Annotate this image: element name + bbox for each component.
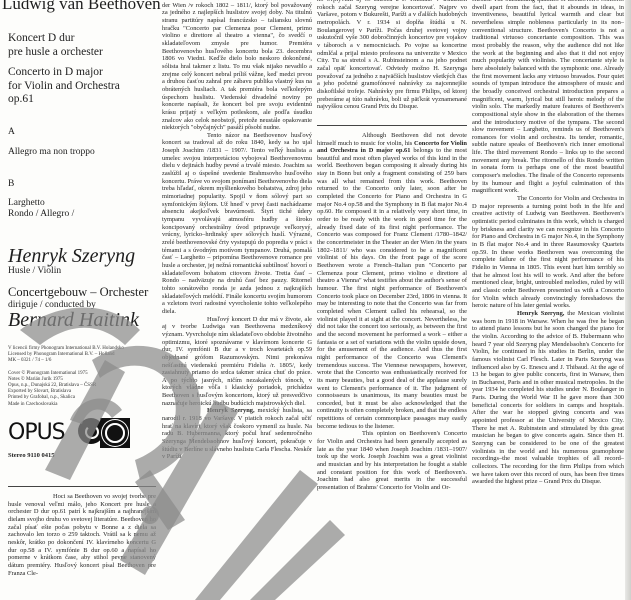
catalog-number: Stereo 9110 0415 — [8, 452, 54, 459]
title-slovak: Koncert D dur pre husle a orchester — [8, 32, 103, 59]
divider — [8, 486, 156, 487]
notes-paragraph: menta /1780 – 1842/, koncertného majstra… — [162, 0, 312, 132]
notes-paragraph-szeryng: Henryk Szeryng, mexický huslista, sa nar… — [162, 407, 312, 461]
title-slovak-line1: Koncert D dur — [8, 32, 103, 46]
opus-logo: OPUS — [8, 420, 65, 445]
notes-paragraph: This opinion on Beethoven's Concerto for… — [317, 430, 467, 491]
soloist-block: Henryk Szeryng Husle / Violin — [8, 246, 135, 276]
notes-paragraph: The Concerto for Violin and Orchestra in… — [472, 195, 624, 310]
notes-column-english: chestra. The outstanding qualities of Be… — [472, 0, 624, 486]
conductor-name: Bernard Haitink — [8, 310, 148, 330]
divider — [317, 125, 467, 126]
notes-paragraph: Tento názor na Beethovenov husľový konce… — [162, 132, 312, 316]
orchestra-name: Concertgebouw – Orchester — [8, 286, 148, 300]
composer-name: Ludwig van Beethoven — [2, 0, 161, 14]
title-english-line1: Concerto in D major — [8, 66, 120, 80]
spiral-square-logo-icon — [100, 418, 130, 448]
intro-text: belongs to the most beautiful and most o… — [317, 147, 467, 430]
credits-block: V licencii firmy Phonogram International… — [8, 346, 124, 408]
notes-paragraph: chestra. The outstanding qualities of Be… — [472, 0, 624, 195]
notes-slovak-intro: Hoci sa Beethoven vo svojej tvorbe pre h… — [8, 493, 156, 577]
notes-english-intro: Although Beethoven did not devote himsel… — [317, 132, 467, 431]
title-english-line2: for Violin and Orchestra — [8, 80, 120, 94]
title-english: Concerto in D major for Violin and Orche… — [8, 66, 120, 107]
notes-paragraph: Husľový koncert D dur má v živote, ale a… — [162, 316, 312, 408]
orchestra-block: Concertgebouw – Orchester diriguje / con… — [8, 286, 148, 330]
credit-line: Made in Czechoslovakia — [8, 402, 124, 408]
soloist-role: Husle / Violin — [8, 266, 135, 276]
notes-paragraph-szeryng: Henryk Szeryng, the Mexican violinist wa… — [472, 310, 624, 486]
page-edge-shadow — [625, 0, 631, 600]
conductor-role: diriguje / conducted by — [8, 300, 148, 310]
title-slovak-line2: pre husle a orchester — [8, 46, 103, 60]
side-b-label: B — [8, 178, 14, 192]
side-b-movement-1: Larghetto — [8, 198, 74, 209]
side-b-movements: Larghetto Rondo / Allegro / — [8, 198, 74, 220]
opus-number: op.61 — [8, 93, 120, 107]
szeryng-lead: Henryk Szeryng, — [517, 310, 564, 317]
notes-column-slovak: menta /1780 – 1842/, koncertného majstra… — [162, 0, 312, 461]
side-a-label: A — [8, 126, 15, 140]
side-b-movement-2: Rondo / Allegro / — [8, 209, 74, 220]
side-a-movement: Allegro ma non troppo — [8, 146, 95, 160]
notes-paragraph: ho ovplyvnili aj G. Enescu a J. Thibaud.… — [317, 0, 467, 111]
soloist-name: Henryk Szeryng — [8, 246, 135, 266]
szeryng-bio: mexický huslista, sa narodil r. 1918 vo … — [162, 407, 312, 460]
szeryng-lead: Henryk Szeryng, — [207, 407, 255, 414]
szeryng-bio: the Mexican violinist was born in 1918 i… — [472, 310, 624, 485]
notes-column-mixed: ho ovplyvnili aj G. Enescu a J. Thibaud.… — [317, 0, 467, 492]
